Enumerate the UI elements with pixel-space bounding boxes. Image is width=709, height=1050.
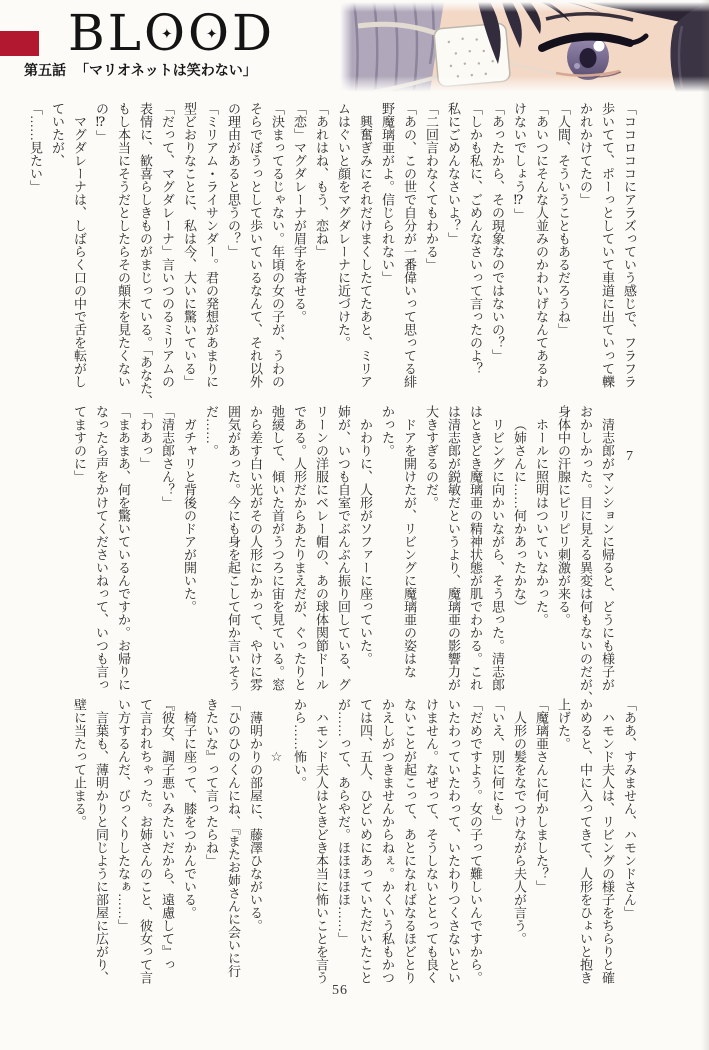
- page-edge-shadow: [701, 0, 709, 1050]
- text-line: かめると、中に入ってきて、人形をひょいと抱き: [574, 698, 596, 990]
- text-line: て言われちゃった。お姉さんのこと、彼女って言: [134, 698, 156, 990]
- text-line: かわりに、人形がソファーに座っていた。: [354, 405, 376, 691]
- text-line: けません。なぜって、そうしないととっても良く: [420, 698, 442, 990]
- title-oo-text: OO: [144, 4, 232, 62]
- text-line: ハモンド夫人はときどき本当に怖いことを言う: [310, 698, 332, 990]
- text-line: かれかけてたの」: [574, 102, 596, 390]
- text-line: 「わあっ」: [134, 405, 156, 691]
- text-line: 歩いてて、ポーっとしていて車道に出ていって轢: [596, 102, 618, 390]
- text-line: ムはぐいと顔をマグダレーナに近づけた。: [332, 102, 354, 390]
- text-line: 「清志郎さん？」: [156, 405, 178, 691]
- episode-heading: 第五話「マリオネットは笑わない」: [24, 60, 257, 80]
- text-line: 興奮ぎみにそれだけまくしたてたあと、ミリア: [354, 102, 376, 390]
- text-line: 「魔璃亜さんに何かしました？」: [530, 698, 552, 990]
- section-number: 7: [618, 405, 640, 691]
- text-line: だ……。: [200, 405, 222, 691]
- text-line: 囲気があった。今にも身を起こして何か言いそう: [222, 405, 244, 691]
- text-line: から……怖い。: [288, 698, 310, 990]
- text-line: は清志郎が鋭敏だというより、魔璃亜の影響力が: [442, 405, 464, 691]
- text-line: ドアを開けたが、リビングに魔璃亜の姿はな: [398, 405, 420, 691]
- text-line: 「ああ、すみません、ハモンドさん」: [618, 698, 640, 990]
- text-line: 「人間、そういうこともあるだろうね」: [552, 102, 574, 390]
- text-line: 「だめですよう。女の子って難しいんですから。: [464, 698, 486, 990]
- text-line: てますのに」: [68, 405, 90, 691]
- text-line: である。人形だからあたりまえだが、ぐったりと: [288, 405, 310, 691]
- section-divider-star: ☆: [266, 698, 288, 990]
- text-line: マグダレーナは、しばらく口の中で舌を転がし: [68, 102, 90, 390]
- text-line: ては四、五人、ひどいめにあっていただいたこと: [354, 698, 376, 990]
- text-line: おかしかった。目に見える異変は何もないのだが、: [574, 405, 596, 691]
- text-line: 人形の髪をなでつけながら夫人が言う。: [508, 698, 530, 990]
- text-line: 「ひのひのくんにね、『またお姉さんに会いに行: [222, 698, 244, 990]
- header-illustration: [340, 2, 709, 92]
- text-line: 椅子に座って、膝をつかんでいる。: [178, 698, 200, 990]
- text-line: そらでぼうっとして歩いているなんて、それ以外: [244, 102, 266, 390]
- title-accent-bar: [0, 31, 39, 56]
- text-line: 上げた。: [552, 698, 574, 990]
- text-line: ガチャリと背後のドアが開いた。: [178, 405, 200, 691]
- text-line: 「あったから、その現象なのではないの？」: [486, 102, 508, 390]
- eye-illustration: [340, 2, 709, 92]
- text-line: 表情に、歓喜らしきものがまじっている。「あなた、: [134, 102, 156, 390]
- text-line: 「恋」マグダレーナが眉宇を寄せる。: [288, 102, 310, 390]
- text-line: 壁に当たって止まる。: [68, 698, 90, 990]
- text-line: 「まあまあ、何を驚いているんですか。お帰りに: [112, 405, 134, 691]
- text-line: から差す白い光がその人形にかかって、やけに雰: [244, 405, 266, 691]
- text-line: 弛緩して、傾いた首がうつろに宙を見ている。窓: [266, 405, 288, 691]
- text-tier-2: 7清志郎がマンションに帰ると、どうにも様子がおかしかった。目に見える異変は何もな…: [22, 405, 640, 691]
- text-line: い方するんだ、びっくりしたなぁ……」: [112, 698, 134, 990]
- text-line: リビングに向かいながら、そう思った。清志郎: [486, 405, 508, 691]
- text-line: ハモンド夫人は、リビングの様子をちらりと確: [596, 698, 618, 990]
- text-line: の理由があると思うの？」: [222, 102, 244, 390]
- text-line: ホールに照明はついていなかった。: [530, 405, 552, 691]
- text-line: 「決まってるじゃない。年頃の女の子が、うわの: [266, 102, 288, 390]
- sparkle-icon: ✦: [206, 27, 218, 42]
- text-line: 清志郎がマンションに帰ると、どうにも様子が: [596, 405, 618, 691]
- text-line: 野魔璃亜がよ。信じられない」: [376, 102, 398, 390]
- text-line: の⁉」: [90, 102, 112, 390]
- text-line: なったら声をかけてくださいねって、いつも言っ: [90, 405, 112, 691]
- text-line: 『彼女、調子悪いみたいだから、遠慮して』っ: [156, 698, 178, 990]
- series-title: BLOO✦✦D: [68, 6, 275, 61]
- text-line: 姉が、いつも自室でぶんぶん振り回している、グ: [332, 405, 354, 691]
- text-line: はときどき魔璃亜の精神状態が肌でわかる。これ: [464, 405, 486, 691]
- text-line: 「……見たい」: [24, 102, 46, 390]
- title-letters-bl: BL: [68, 4, 144, 62]
- text-line: 「ミリアム・ライサンダー。君の発想があまりに: [200, 102, 222, 390]
- text-line: 大きすぎるのだ。: [420, 405, 442, 691]
- text-line: 「いえ、別に何にも」: [486, 698, 508, 990]
- text-line: ていたが、: [46, 102, 68, 390]
- text-line: きたいな』って言ったらね」: [200, 698, 222, 990]
- text-line: 「あの、この世で自分が一番偉いって思ってる緋: [398, 102, 420, 390]
- text-line: 私にごめんなさいよ？」: [442, 102, 464, 390]
- text-line: 言葉も、薄明かりと同じように部屋に広がり、: [90, 698, 112, 990]
- title-letters-oo: OO✦✦: [144, 6, 232, 61]
- text-line: 「ココロココにアラズっていう感じで、フラフラ: [618, 102, 640, 390]
- episode-number: 第五話: [24, 64, 66, 79]
- text-line: 型どおりなことに、私は今、大いに驚いている」: [178, 102, 200, 390]
- text-line: もし本当にそうだとしたらその顛末を見たくない: [112, 102, 134, 390]
- title-letter-d: D: [232, 4, 275, 62]
- text-line: かった。: [376, 405, 398, 691]
- text-line: 身体中の汗腺にピリピリ刺激が来る。: [552, 405, 574, 691]
- text-line: リーンの洋服にベレー帽の、あの球体関節ドール: [310, 405, 332, 691]
- text-line: が……って、あらやだ。ほほほほほ……」: [332, 698, 354, 990]
- text-line: いたわっていたわって、いたわりつくさないとい: [442, 698, 464, 990]
- text-line: 「二回言わなくてもわかる」: [420, 102, 442, 390]
- text-line: （姉さんに……何かあったかな）: [508, 405, 530, 691]
- text-line: 「あれはね、もう、恋ね」: [310, 102, 332, 390]
- text-line: 薄明かりの部屋に、藤澤ひながいる。: [244, 698, 266, 990]
- text-line: 「だって、マグダレーナ」言いつのるミリアムの: [156, 102, 178, 390]
- episode-title: 「マリオネットは笑わない」: [75, 64, 257, 79]
- text-tier-3: 「ああ、すみません、ハモンドさん」ハモンド夫人は、リビングの様子をちらりと確かめ…: [22, 698, 640, 990]
- page-number: 56: [0, 983, 680, 999]
- text-tier-1: 「ココロココにアラズっていう感じで、フラフラ歩いてて、ポーっとしていて車道に出て…: [22, 102, 640, 390]
- text-line: ないことが起こって、あとになればなるほどとり: [398, 698, 420, 990]
- text-line: 「あいつにそんな人並みのかわいげなんてあるわ: [530, 102, 552, 390]
- text-line: けないでしょう⁉」: [508, 102, 530, 390]
- sparkle-icon: ✦: [161, 27, 173, 42]
- text-line: かえしがつきませんからねぇ。かくいう私もかつ: [376, 698, 398, 990]
- text-line: 「しかも私に、ごめんなさいって言ったのよ？: [464, 102, 486, 390]
- novel-page: BLOO✦✦D 第五話「マリオネットは笑わない」: [0, 0, 709, 1050]
